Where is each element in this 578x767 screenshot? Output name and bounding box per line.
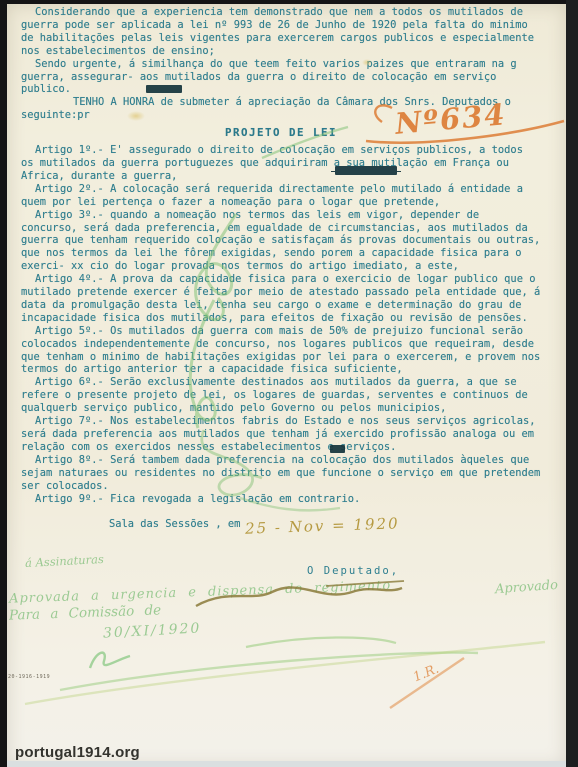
scan-edge-bottom bbox=[7, 761, 566, 767]
paper-stain bbox=[127, 111, 145, 121]
paper-sheet: Considerando que a experiencia tem demon… bbox=[7, 4, 566, 767]
handwritten-orange-initials: 1.R. bbox=[411, 662, 441, 686]
paragraph-artigo-3: Artigo 3º.- quando a nomeação nos termos… bbox=[21, 209, 541, 274]
handwritten-green-note-secretaria: á Assinaturas bbox=[25, 552, 104, 570]
handwritten-green-date: 30/XI/1920 bbox=[103, 620, 202, 641]
paragraph-artigo-5: Artigo 5º.- Os mutilados da guerra com m… bbox=[21, 325, 541, 377]
typed-body: Considerando que a experiencia tem demon… bbox=[21, 6, 541, 531]
blackout-strike-mark bbox=[335, 166, 397, 175]
paragraph-artigo-6: Artigo 6º.- Serão exclusivamente destina… bbox=[21, 376, 541, 415]
paragraph-artigo-8: Artigo 8º.- Será tambem dada preferencia… bbox=[21, 454, 541, 493]
paragraph-artigo-1: Artigo 1º.- E' assegurado o direito de c… bbox=[21, 144, 541, 183]
handwritten-green-note-urgencia: Aprovada a urgencia e dispensa do regime… bbox=[9, 578, 392, 606]
paper-stain bbox=[362, 59, 372, 66]
handwritten-green-note-aprovado: Aprovado bbox=[495, 578, 559, 597]
document-scan: Considerando que a experiencia tem demon… bbox=[0, 0, 578, 767]
watermark-portugal1914: portugal1914.org bbox=[15, 744, 140, 761]
deputado-line: O Deputado, bbox=[307, 565, 399, 577]
paragraph-sendo-urgente: Sendo urgente, á similhança do que teem … bbox=[21, 58, 541, 97]
printer-margin-code: 20-1916-1919 bbox=[8, 674, 50, 680]
paragraph-considerando: Considerando que a experiencia tem demon… bbox=[21, 6, 541, 58]
paragraph-artigo-4: Artigo 4º.- A prova da capacidade fisica… bbox=[21, 273, 541, 325]
paragraph-artigo-7: Artigo 7º.- Nos estabelecimentos fabris … bbox=[21, 415, 541, 454]
paragraph-artigo-2: Artigo 2º.- A colocação será requerida d… bbox=[21, 183, 541, 209]
paragraph-artigo-9: Artigo 9º.- Fica revogada a legislação e… bbox=[21, 493, 541, 506]
scan-edge-right bbox=[566, 0, 578, 767]
blackout-mark bbox=[146, 85, 182, 93]
blackout-mark bbox=[330, 445, 345, 453]
